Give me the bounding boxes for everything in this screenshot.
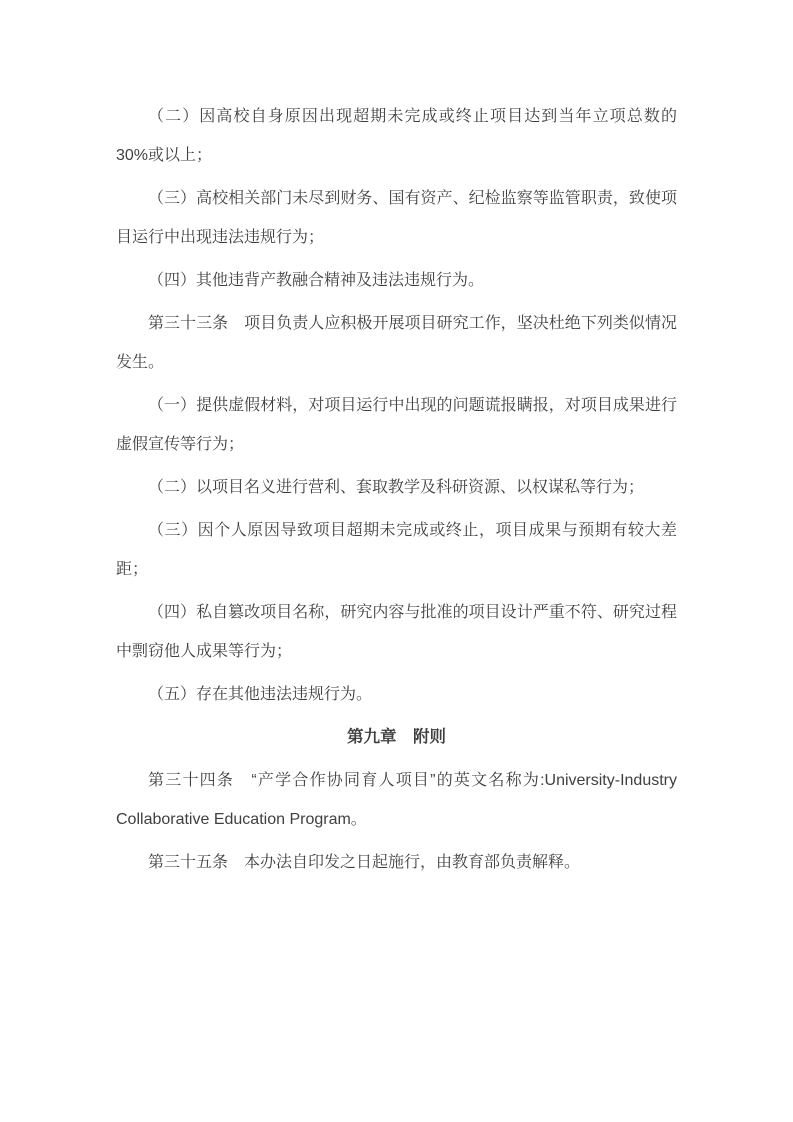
clause-leader-tampering-plagiarism: （四）私自篡改项目名称，研究内容与批准的项目设计严重不符、研究过程中剽窃他人成果… xyxy=(116,593,677,671)
clause-leader-personal-delay: （三）因个人原因导致项目超期未完成或终止，项目成果与预期有较大差距； xyxy=(116,511,677,589)
chapter-9-heading: 第九章 附则 xyxy=(116,718,677,757)
clause-universities-overdue-projects: （二）因高校自身原因出现超期未完成或终止项目达到当年立项总数的 30%或以上； xyxy=(116,97,677,175)
clause-leader-false-materials: （一）提供虚假材料，对项目运行中出现的问题谎报瞒报，对项目成果进行虚假宣传等行为… xyxy=(116,386,677,464)
article-33: 第三十三条 项目负责人应积极开展项目研究工作，坚决杜绝下列类似情况发生。 xyxy=(116,304,677,382)
clause-leader-profiteering: （二）以项目名义进行营利、套取教学及科研资源、以权谋私等行为； xyxy=(116,468,677,507)
document-page: （二）因高校自身原因出现超期未完成或终止项目达到当年立项总数的 30%或以上； … xyxy=(0,0,793,1122)
clause-universities-other-violations: （四）其他违背产教融合精神及违法违规行为。 xyxy=(116,261,677,300)
article-34-english-name: 第三十四条 “产学合作协同育人项目”的英文名称为:University-Indu… xyxy=(116,761,677,839)
article-35-effective-date: 第三十五条 本办法自印发之日起施行，由教育部负责解释。 xyxy=(116,843,677,882)
clause-leader-other-violations: （五）存在其他违法违规行为。 xyxy=(116,675,677,714)
clause-universities-supervision-duty: （三）高校相关部门未尽到财务、国有资产、纪检监察等监管职责，致使项目运行中出现违… xyxy=(116,179,677,257)
